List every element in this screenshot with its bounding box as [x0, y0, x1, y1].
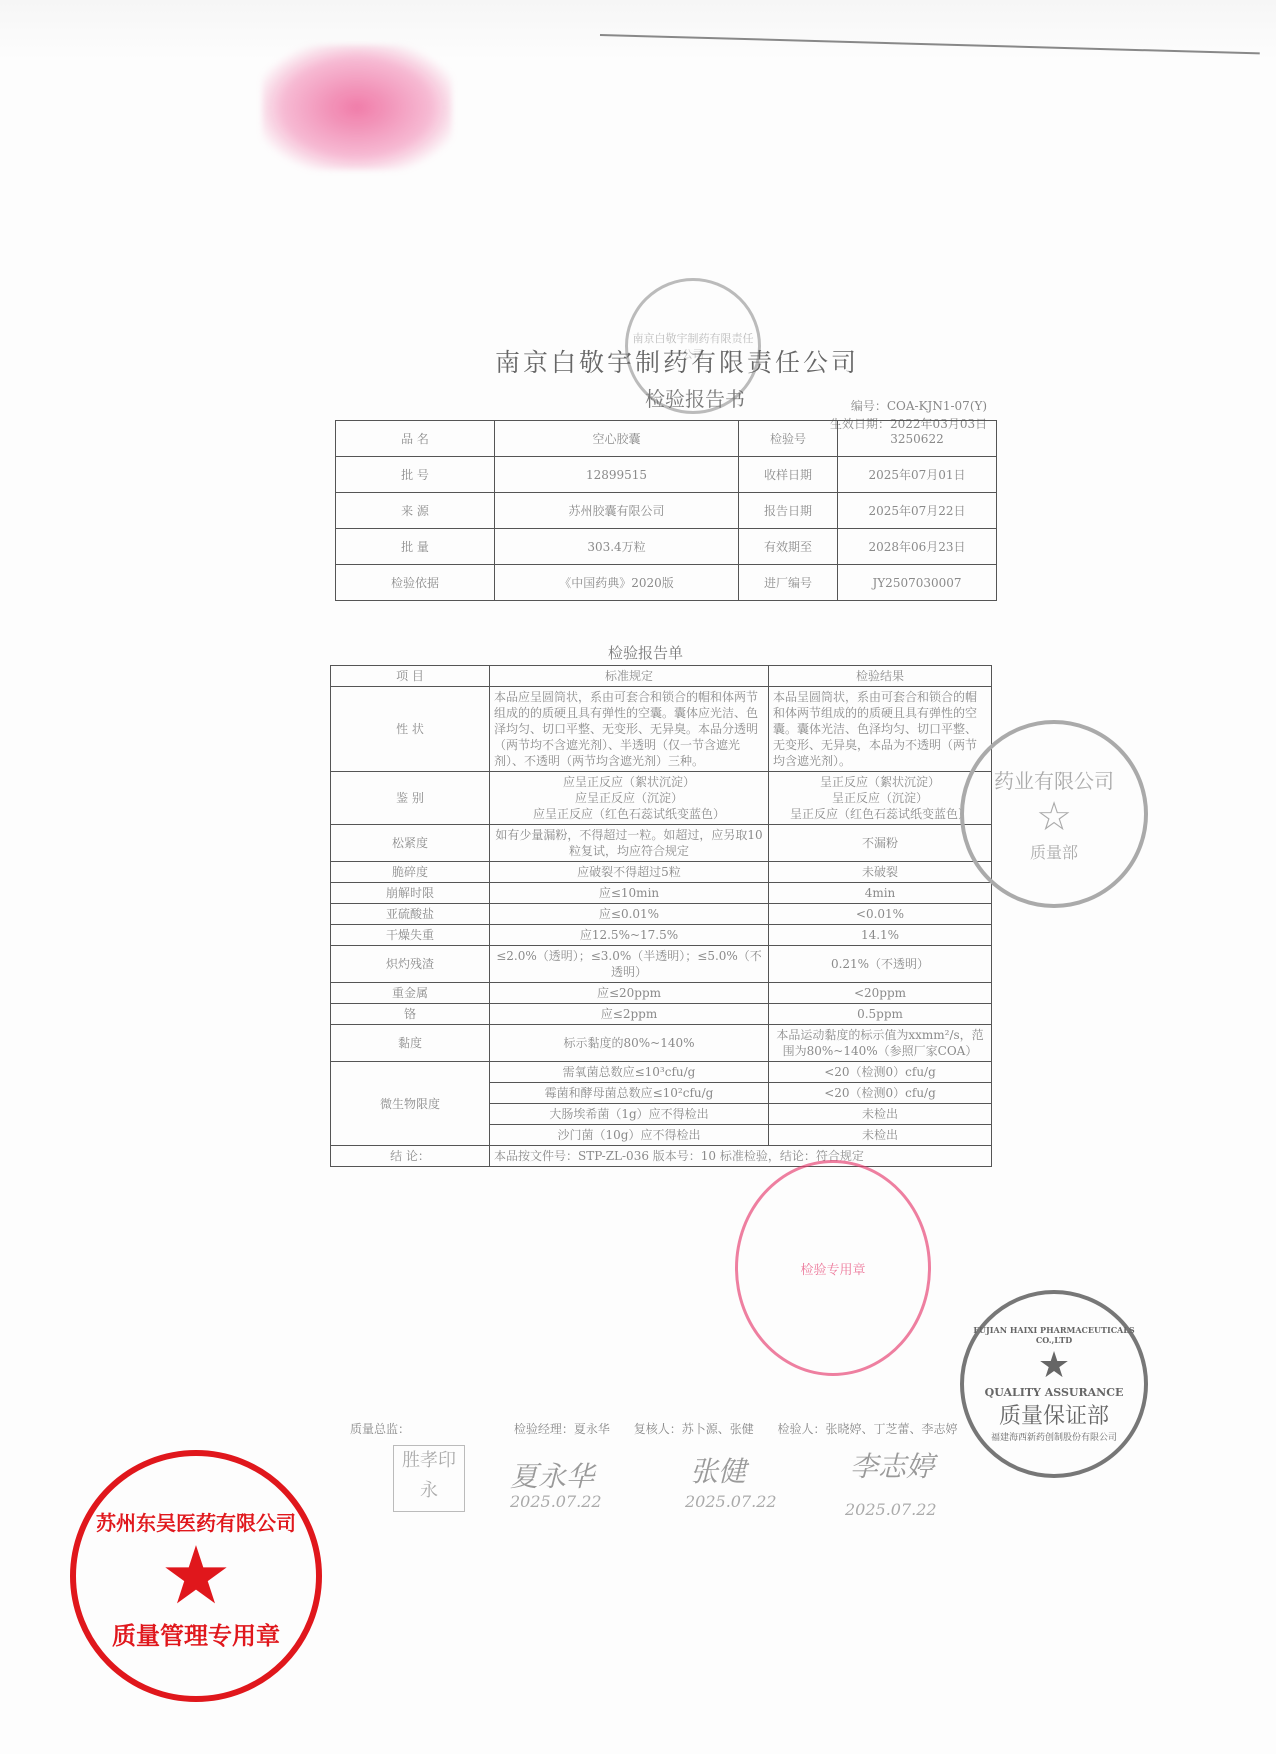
row-item: 黏度 — [331, 1025, 490, 1062]
conclusion-text: 本品按文件号：STP-ZL-036 版本号：10 标准检验，结论：符合规定 — [490, 1146, 992, 1167]
row-standard: 应呈正反应（絮状沉淀） 应呈正反应（沉淀） 应呈正反应（红色石蕊试纸变蓝色） — [490, 772, 769, 825]
row-item: 鉴 别 — [331, 772, 490, 825]
star-icon: ★ — [160, 1536, 232, 1616]
row-standard: 标示黏度的80%~140% — [490, 1025, 769, 1062]
signature: 夏永华 — [510, 1455, 594, 1495]
seal-zh-text: 质量保证部 — [999, 1399, 1109, 1430]
table-row: 脆碎度应破裂不得超过5粒未破裂 — [331, 862, 992, 883]
star-icon: ☆ — [1036, 794, 1072, 840]
row-standard: 沙门菌（10g）应不得检出 — [490, 1125, 769, 1146]
seal-bottom-text: 质量部 — [1030, 840, 1078, 863]
row-result: 0.21%（不透明） — [769, 946, 992, 983]
row-standard: 应≤10min — [490, 883, 769, 904]
signature: 张健 — [690, 1450, 746, 1490]
info-value: 303.4万粒 — [495, 529, 739, 565]
row-item: 性 状 — [331, 687, 490, 772]
row-result: 14.1% — [769, 925, 992, 946]
table-row: 铬应≤2ppm0.5ppm — [331, 1004, 992, 1025]
table-row: 重金属应≤20ppm<20ppm — [331, 983, 992, 1004]
signature-date: 2025.07.22 — [845, 1500, 937, 1519]
conclusion-label: 结 论： — [331, 1146, 490, 1167]
footer-roles: 质量总监： 检验经理：夏永华 复核人：苏卜源、张健 检验人：张晓婷、丁芝蕾、李志… — [350, 1420, 978, 1437]
info-value: 空心胶囊 — [495, 421, 739, 457]
row-standard: 如有少量漏粉，不得超过一粒。如超过，应另取10粒复试，均应符合规定 — [490, 825, 769, 862]
row-item: 松紧度 — [331, 825, 490, 862]
row-standard: ≤2.0%（透明）；≤3.0%（半透明）；≤5.0%（不透明） — [490, 946, 769, 983]
table-header-row: 项 目标准规定检验结果 — [331, 666, 992, 687]
info-row: 批 号12899515收样日期2025年07月01日 — [336, 457, 997, 493]
row-standard: 需氧菌总数应≤10³cfu/g — [490, 1062, 769, 1083]
row-item: 重金属 — [331, 983, 490, 1004]
info-row: 批 量303.4万粒有效期至2028年06月23日 — [336, 529, 997, 565]
row-standard: 应≤2ppm — [490, 1004, 769, 1025]
row-result: 本品呈圆筒状，系由可套合和锁合的帽和体两节组成的的质硬且具有弹性的空囊。囊体光洁… — [769, 687, 992, 772]
seal-sub-text: QUALITY ASSURANCE — [985, 1386, 1124, 1399]
reviewer: 复核人：苏卜源、张健 — [634, 1422, 754, 1436]
seal-text: 检验专用章 — [800, 1259, 865, 1278]
info-value: 《中国药典》2020版 — [495, 565, 739, 601]
info-label: 检验号 — [739, 421, 838, 457]
inspection-manager: 检验经理：夏永华 — [514, 1422, 610, 1436]
info-value: 3250622 — [838, 421, 997, 457]
row-result: 呈正反应（絮状沉淀） 呈正反应（沉淀） 呈正反应（红色石蕊试纸变蓝色） — [769, 772, 992, 825]
row-item: 炽灼残渣 — [331, 946, 490, 983]
row-item: 脆碎度 — [331, 862, 490, 883]
row-item: 干燥失重 — [331, 925, 490, 946]
info-label: 报告日期 — [739, 493, 838, 529]
row-item: 铬 — [331, 1004, 490, 1025]
row-standard: 应≤20ppm — [490, 983, 769, 1004]
document-code: COA-KJN1-07(Y) — [887, 399, 987, 413]
micro-row: 微生物限度需氧菌总数应≤10³cfu/g<20（检测0）cfu/g — [331, 1062, 992, 1083]
info-label: 进厂编号 — [739, 565, 838, 601]
row-standard: 大肠埃希菌（1g）应不得检出 — [490, 1104, 769, 1125]
info-value: 2025年07月01日 — [838, 457, 997, 493]
seal-bottom-text: 福建海西新药创制股份有限公司 — [991, 1430, 1117, 1443]
signature: 李志婷 — [850, 1445, 934, 1485]
info-label: 收样日期 — [739, 457, 838, 493]
row-result: 0.5ppm — [769, 1004, 992, 1025]
row-result: <20ppm — [769, 983, 992, 1004]
row-result: <20（检测0）cfu/g — [769, 1083, 992, 1104]
header-item: 项 目 — [331, 666, 490, 687]
quality-management-seal: 苏州东吴医药有限公司 ★ 质量管理专用章 — [70, 1450, 322, 1702]
table-row: 亚硫酸盐应≤0.01%<0.01% — [331, 904, 992, 925]
row-result: <20（检测0）cfu/g — [769, 1062, 992, 1083]
signature-date: 2025.07.22 — [510, 1492, 602, 1511]
conclusion-row: 结 论：本品按文件号：STP-ZL-036 版本号：10 标准检验，结论：符合规… — [331, 1146, 992, 1167]
table-row: 性 状本品应呈圆筒状，系由可套合和锁合的帽和体两节组成的的质硬且具有弹性的空囊。… — [331, 687, 992, 772]
table-row: 崩解时限应≤10min4min — [331, 883, 992, 904]
qa-director-label: 质量总监： — [350, 1422, 410, 1436]
info-label: 检验依据 — [336, 565, 495, 601]
row-result: <0.01% — [769, 904, 992, 925]
scan-edge-line — [600, 34, 1260, 54]
row-result: 4min — [769, 883, 992, 904]
info-row: 检验依据《中国药典》2020版进厂编号JY2507030007 — [336, 565, 997, 601]
code-label: 编号： — [851, 399, 887, 413]
row-result: 未检出 — [769, 1104, 992, 1125]
info-label: 批 量 — [336, 529, 495, 565]
seal-purpose-text: 质量管理专用章 — [112, 1616, 280, 1651]
document-title: 检验报告书 — [645, 383, 745, 412]
faded-pink-mark — [262, 45, 452, 170]
row-standard: 本品应呈圆筒状，系由可套合和锁合的帽和体两节组成的的质硬且具有弹性的空囊。囊体应… — [490, 687, 769, 772]
inspection-seal-pink: 检验专用章 — [735, 1160, 931, 1376]
info-label: 品 名 — [336, 421, 495, 457]
info-row: 品 名空心胶囊检验号3250622 — [336, 421, 997, 457]
star-icon: ★ — [1038, 1345, 1070, 1386]
row-standard: 应≤0.01% — [490, 904, 769, 925]
seal-en-text: FUJIAN HAIXI PHARMACEUTICALS CO.,LTD — [964, 1325, 1144, 1345]
table-row: 鉴 别应呈正反应（絮状沉淀） 应呈正反应（沉淀） 应呈正反应（红色石蕊试纸变蓝色… — [331, 772, 992, 825]
row-standard: 应破裂不得超过5粒 — [490, 862, 769, 883]
quality-assurance-seal: FUJIAN HAIXI PHARMACEUTICALS CO.,LTD ★ Q… — [960, 1290, 1148, 1478]
row-item: 亚硫酸盐 — [331, 904, 490, 925]
row-standard: 霉菌和酵母菌总数应≤10²cfu/g — [490, 1083, 769, 1104]
inspector: 检验人：张晓婷、丁芝蕾、李志婷 — [778, 1422, 958, 1436]
header-standard: 标准规定 — [490, 666, 769, 687]
info-value: 12899515 — [495, 457, 739, 493]
info-table: 品 名空心胶囊检验号3250622批 号12899515收样日期2025年07月… — [335, 420, 997, 601]
row-item: 崩解时限 — [331, 883, 490, 904]
info-label: 批 号 — [336, 457, 495, 493]
row-result: 不漏粉 — [769, 825, 992, 862]
info-value: 苏州胶囊有限公司 — [495, 493, 739, 529]
company-name: 南京白敬宇制药有限责任公司 — [495, 343, 859, 379]
info-value: JY2507030007 — [838, 565, 997, 601]
personal-seal: 胜孝印永 — [393, 1445, 465, 1512]
table-row: 黏度标示黏度的80%~140%本品运动黏度的标示值为xxmm²/s，范围为80%… — [331, 1025, 992, 1062]
row-result: 未破裂 — [769, 862, 992, 883]
info-value: 2025年07月22日 — [838, 493, 997, 529]
table-row: 松紧度如有少量漏粉，不得超过一粒。如超过，应另取10粒复试，均应符合规定不漏粉 — [331, 825, 992, 862]
row-standard: 应12.5%~17.5% — [490, 925, 769, 946]
row-result: 未检出 — [769, 1125, 992, 1146]
signature-date: 2025.07.22 — [685, 1492, 777, 1511]
table-row: 干燥失重应12.5%~17.5%14.1% — [331, 925, 992, 946]
info-row: 来 源苏州胶囊有限公司报告日期2025年07月22日 — [336, 493, 997, 529]
supplier-quality-seal: 药业有限公司 ☆ 质量部 — [960, 720, 1148, 908]
row-result: 本品运动黏度的标示值为xxmm²/s，范围为80%~140%（参照厂家COA） — [769, 1025, 992, 1062]
result-table: 项 目标准规定检验结果性 状本品应呈圆筒状，系由可套合和锁合的帽和体两节组成的的… — [330, 665, 992, 1167]
table-row: 炽灼残渣≤2.0%（透明）；≤3.0%（半透明）；≤5.0%（不透明）0.21%… — [331, 946, 992, 983]
seal-text: 药业有限公司 — [994, 765, 1114, 794]
result-table-title: 检验报告单 — [608, 642, 683, 663]
document-page: 南京白敬宇制药有限责任公司 南京白敬宇制药有限责任公司 检验报告书 编号：COA… — [0, 0, 1276, 1754]
row-item: 微生物限度 — [331, 1062, 490, 1146]
info-label: 来 源 — [336, 493, 495, 529]
header-result: 检验结果 — [769, 666, 992, 687]
info-value: 2028年06月23日 — [838, 529, 997, 565]
info-label: 有效期至 — [739, 529, 838, 565]
